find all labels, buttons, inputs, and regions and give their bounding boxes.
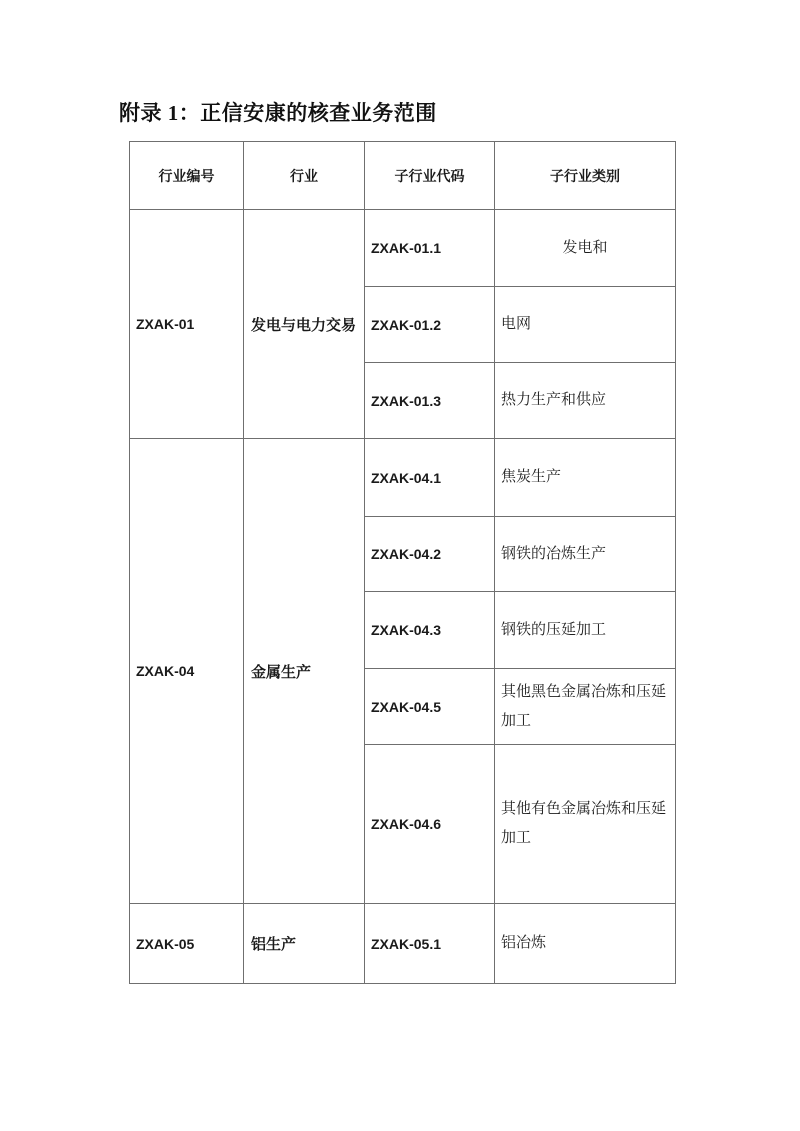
industry-cell: 发电与电力交易 <box>244 210 365 439</box>
industry-code-cell: ZXAK-01 <box>130 210 244 439</box>
industry-code-cell: ZXAK-04 <box>130 439 244 904</box>
sub-category-cell: 钢铁的冶炼生产 <box>495 517 676 592</box>
page-title: 附录 1：正信安康的核查业务范围 <box>119 97 437 127</box>
sub-code-cell: ZXAK-04.5 <box>365 669 495 745</box>
sub-code-cell: ZXAK-01.3 <box>365 363 495 439</box>
sub-code-cell: ZXAK-01.2 <box>365 287 495 363</box>
col-header-industry: 行业 <box>244 142 365 210</box>
industry-cell: 金属生产 <box>244 439 365 904</box>
industry-code-cell: ZXAK-05 <box>130 904 244 984</box>
sub-code-cell: ZXAK-05.1 <box>365 904 495 984</box>
table-row: ZXAK-05 铝生产 ZXAK-05.1 铝冶炼 <box>130 904 676 984</box>
col-header-sub-code: 子行业代码 <box>365 142 495 210</box>
col-header-industry-code: 行业编号 <box>130 142 244 210</box>
table-row: ZXAK-01 发电与电力交易 ZXAK-01.1 发电和 <box>130 210 676 287</box>
sub-category-cell: 其他有色金属冶炼和压延加工 <box>495 745 676 904</box>
sub-category-cell: 电网 <box>495 287 676 363</box>
sub-code-cell: ZXAK-04.2 <box>365 517 495 592</box>
table-row: ZXAK-04 金属生产 ZXAK-04.1 焦炭生产 <box>130 439 676 517</box>
sub-category-cell: 焦炭生产 <box>495 439 676 517</box>
document-page: 附录 1：正信安康的核查业务范围 行业编号 行业 子行业代码 子行业类别 ZXA… <box>0 0 800 1131</box>
business-scope-table: 行业编号 行业 子行业代码 子行业类别 ZXAK-01 发电与电力交易 ZXAK… <box>129 141 676 984</box>
sub-code-cell: ZXAK-04.1 <box>365 439 495 517</box>
sub-code-cell: ZXAK-04.6 <box>365 745 495 904</box>
col-header-sub-category: 子行业类别 <box>495 142 676 210</box>
table-header-row: 行业编号 行业 子行业代码 子行业类别 <box>130 142 676 210</box>
sub-category-cell: 发电和 <box>495 210 676 287</box>
sub-code-cell: ZXAK-01.1 <box>365 210 495 287</box>
sub-code-cell: ZXAK-04.3 <box>365 592 495 669</box>
sub-category-cell: 其他黑色金属冶炼和压延加工 <box>495 669 676 745</box>
sub-category-cell: 钢铁的压延加工 <box>495 592 676 669</box>
sub-category-cell: 热力生产和供应 <box>495 363 676 439</box>
industry-cell: 铝生产 <box>244 904 365 984</box>
sub-category-cell: 铝冶炼 <box>495 904 676 984</box>
